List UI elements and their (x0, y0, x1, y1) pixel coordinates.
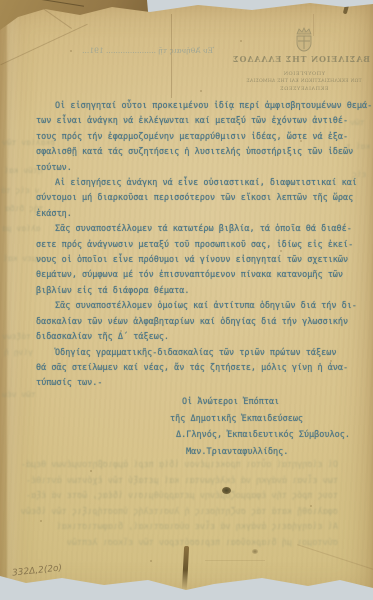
crease-line (0, 0, 84, 7)
ministry-name-line2: ΤΩΝ ΕΚΚΛΗΣΙΑΣΤΙΚΩΝ ΚΑΙ ΤΗΣ ΔΗΜΟΣΙΑΣ (238, 79, 370, 84)
margin-showthrough: ωμεν καί (3, 254, 42, 263)
stain (252, 549, 258, 554)
body-line: νους οἱ ὁποῖοι εἶνε πρόθυμοι νά γίνουν ε… (36, 253, 358, 268)
body-line: τύπωσίς των.- (36, 376, 358, 391)
signature-line-glinos: Δ.Γληνός, Ἐκπαιδευτικός Σύμβουλος. (176, 427, 350, 444)
margin-showthrough: σκαλίαν τῶν (2, 138, 55, 147)
margin-showthrough: εἰς (352, 170, 366, 179)
speckle (330, 360, 332, 362)
speckle (150, 560, 152, 562)
body-line: Οἱ εἰσηγηταί οὗτοι προκειμένου ἰδίᾳ περί… (36, 99, 358, 114)
body-line: θεμάτων, σύμφωνα μέ τόν ἐπισυναπτόμενον … (36, 268, 358, 283)
body-line: ἑκάστη. (36, 207, 358, 222)
margin-showthrough: τῶν (350, 118, 364, 127)
body-line: Αἱ εἰσηγήσεις ἀνάγκη νά εἶνε οὐσιαστικαί… (36, 176, 358, 191)
paper-sheet: ΒΑΣΙΛΕΙΟΝ ΤΗΣ ΕΛΛΑΔΟΣ ΥΠΟΥΡΓΕΙΟΝ ΤΩΝ ΕΚΚ… (0, 0, 373, 600)
ministry-name-line1: ΥΠΟΥΡΓΕΙΟΝ (238, 71, 370, 77)
bleedthrough-text: Οἱ εἰσηγηταί οὗτοι προκειμένου ἰδίᾳ περί… (8, 458, 338, 551)
speckle (90, 470, 92, 472)
closing-title-line: Οἱ Ἀνώτεροι Ἐπόπται (182, 394, 350, 411)
kingdom-title: ΒΑΣΙΛΕΙΟΝ ΤΗΣ ΕΛΛΑΔΟΣ (238, 54, 370, 64)
archive-mark: 332Δ,2(2ο) (12, 563, 63, 578)
margin-showthrough: αλίαν μα (2, 224, 41, 233)
ink-blot (343, 4, 349, 15)
stain (222, 487, 231, 494)
speckle (200, 90, 202, 92)
speckle (60, 215, 62, 217)
speckle (70, 50, 72, 52)
margin-showthrough: τής διδα (5, 204, 44, 213)
body-line: των εἶναι ἀνάγκη νά ἐκλέγωνται καί μεταξ… (36, 114, 358, 129)
body-line: βιβλίων εἰς τά διάφορα θέματα. (36, 284, 358, 299)
body-line: θά σᾶς στείλωμεν καί νέας, ἄν τάς ζητήσε… (36, 361, 358, 376)
margin-showthrough: γίνῃ ἡ (4, 348, 33, 357)
document-body: Οἱ εἰσηγηταί οὗτοι προκειμένου ἰδίᾳ περί… (36, 99, 358, 392)
letterhead-showthrough: ΒΑΣΙΛΕΙΟΝ ΤΗΣ ΕΛΛΑΔΟΣ ΥΠΟΥΡΓΕΙΟΝ ΤΩΝ ΕΚΚ… (238, 27, 370, 92)
scanned-document-photo: { "document": { "letterhead": { "kingdom… (0, 0, 373, 600)
body-line: σφαλισθῇ κατά τάς συζητήσεις ἡ λυσιτελής… (36, 145, 358, 160)
margin-showthrough: ητῶν καί (4, 166, 43, 175)
coat-of-arms-icon (293, 27, 315, 53)
margin-showthrough: τῶν νέω (2, 390, 36, 399)
body-line: Σᾶς συναποστέλλομεν ὁμοίως καί ἀντίτυπα … (36, 299, 358, 314)
speckle (310, 505, 312, 507)
speckle (40, 520, 42, 522)
date-line-showthrough: Ἐν Ἀθήναις τῇ ..................... 191.… (28, 46, 214, 55)
margin-showthrough: ν εἰς τά (1, 186, 40, 195)
body-line: τούτων. (36, 161, 358, 176)
body-line: σύντομοι μή διαρκοῦσαι περισσότερον τῶν … (36, 191, 358, 206)
margin-showthrough: τάξεων (2, 332, 31, 341)
closing-block: Οἱ Ἀνώτεροι Ἐπόπται τῆς Δημοτικῆς Ἐκπαιδ… (168, 394, 350, 460)
speckle (120, 330, 122, 332)
ministry-name-line3: ΕΚΠΑΙΔΕΥΣΕΩΣ (238, 86, 370, 92)
closing-title-line: τῆς Δημοτικῆς Ἐκπαιδεύσεως (170, 411, 350, 428)
speckle (240, 40, 242, 42)
paper-tear (182, 546, 189, 590)
speckle (300, 140, 302, 142)
body-line: διδασκαλίαν τῆς Δ΄ τάξεως. (36, 330, 358, 345)
body-line: Σᾶς συναποστέλλομεν τά κατωτέρω βιβλία, … (36, 222, 358, 237)
crease-line (205, 560, 265, 561)
crease-line (171, 14, 172, 98)
body-line: δασκαλίαν τῶν νέων ἀλφαβηταρίων καί ὁδηγ… (36, 315, 358, 330)
crease-line (0, 24, 87, 65)
body-line: σετε πρός ἀνάγνωσιν μεταξύ τοῦ προσωπικο… (36, 238, 358, 253)
crease-line (313, 14, 314, 36)
body-line: τους πρός τήν ἐφαρμοζομένην μεταρρύθμισι… (36, 130, 358, 145)
margin-showthrough: καί τ (346, 142, 370, 151)
speckle (280, 250, 282, 252)
body-line: Ὁδηγίας γραμματικῆς-διδασκαλίας τῶν τριῶ… (36, 346, 358, 361)
